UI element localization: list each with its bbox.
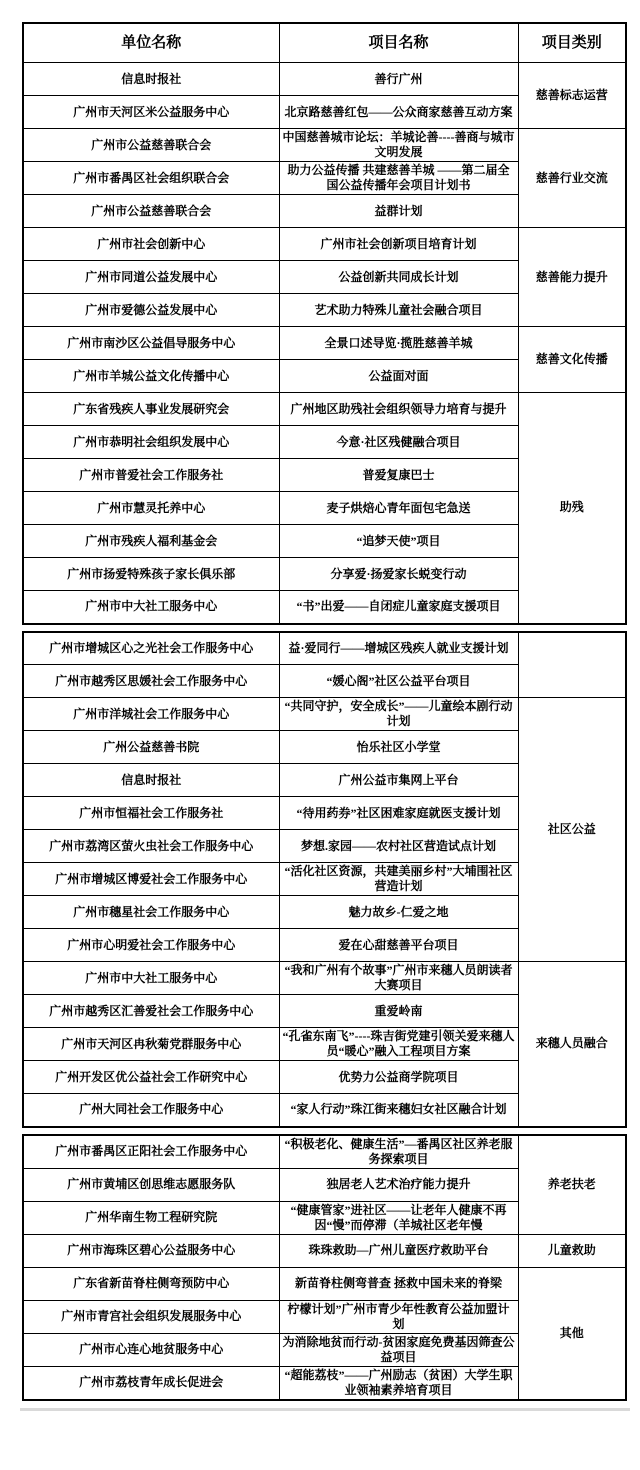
category-cell: 助残 (518, 393, 626, 624)
project-cell: 益·爱同行——增城区残疾人就业支援计划 (279, 632, 518, 665)
project-cell: 新苗脊柱侧弯普查 拯救中国未来的脊梁 (279, 1267, 518, 1300)
unit-cell: 广州市公益慈善联合会 (23, 195, 279, 228)
unit-cell: 广州开发区优公益社会工作研究中心 (23, 1061, 279, 1094)
unit-cell: 广州市残疾人福利基金会 (23, 525, 279, 558)
page-divider (20, 1408, 630, 1411)
unit-cell: 广州市穗星社会工作服务中心 (23, 896, 279, 929)
table-row: 广州市中大社工服务中心“我和广州有个故事”广州市来穗人员朗读者大赛项目来穗人员融… (23, 962, 626, 995)
project-cell: 怡乐社区小学堂 (279, 731, 518, 764)
project-table-section-2: 广州市增城区心之光社会工作服务中心益·爱同行——增城区残疾人就业支援计划广州市越… (22, 631, 627, 1128)
unit-cell: 广州市海珠区碧心公益服务中心 (23, 1234, 279, 1267)
project-cell: 中国慈善城市论坛：羊城论善----善商与城市文明发展 (279, 129, 518, 162)
project-cell: “积极老化、健康生活”—番禺区社区养老服务探索项目 (279, 1135, 518, 1169)
unit-cell: 广州市荔枝青年成长促进会 (23, 1366, 279, 1400)
project-cell: 北京路慈善红包——公众商家慈善互动方案 (279, 96, 518, 129)
project-cell: “超能荔枝”——广州励志（贫困）大学生职业领袖素养培育项目 (279, 1366, 518, 1400)
unit-cell: 广州市荔湾区萤火虫社会工作服务中心 (23, 830, 279, 863)
unit-cell: 广州市番禺区正阳社会工作服务中心 (23, 1135, 279, 1169)
unit-cell: 广州市青宫社会组织发展服务中心 (23, 1300, 279, 1333)
unit-cell: 信息时报社 (23, 764, 279, 797)
project-cell: 魅力故乡-仁爱之地 (279, 896, 518, 929)
project-cell: 为消除地贫而行动-贫困家庭免费基因筛查公益项目 (279, 1333, 518, 1366)
project-cell: 公益创新共同成长计划 (279, 261, 518, 294)
unit-cell: 广州公益慈善书院 (23, 731, 279, 764)
unit-cell: 广州市天河区冉秋菊党群服务中心 (23, 1028, 279, 1061)
unit-cell: 广州市中大社工服务中心 (23, 591, 279, 624)
project-category-header: 项目类别 (518, 23, 626, 63)
unit-cell: 广州市心明爱社会工作服务中心 (23, 929, 279, 962)
unit-cell: 广州市番禺区社会组织联合会 (23, 162, 279, 195)
project-cell: “追梦天使”项目 (279, 525, 518, 558)
unit-cell: 广州市羊城公益文化传播中心 (23, 360, 279, 393)
category-cell: 慈善能力提升 (518, 228, 626, 327)
unit-cell: 广州市恭明社会组织发展中心 (23, 426, 279, 459)
project-cell: 普爱复康巴士 (279, 459, 518, 492)
table-row: 广州市南沙区公益倡导服务中心全景口述导览·揽胜慈善羊城慈善文化传播 (23, 327, 626, 360)
project-cell: 公益面对面 (279, 360, 518, 393)
project-cell: 分享爱·扬爱家长蜕变行动 (279, 558, 518, 591)
project-cell: 独居老人艺术治疗能力提升 (279, 1168, 518, 1201)
project-cell: “我和广州有个故事”广州市来穗人员朗读者大赛项目 (279, 962, 518, 995)
project-cell: 助力公益传播 共建慈善羊城 ——第二届全国公益传播年会项目计划书 (279, 162, 518, 195)
category-cell: 养老扶老 (518, 1135, 626, 1235)
project-cell: “活化社区资源，共建美丽乡村”大埔围社区营造计划 (279, 863, 518, 896)
header-row: 单位名称项目名称项目类别 (23, 23, 626, 63)
table-row: 广州市增城区心之光社会工作服务中心益·爱同行——增城区残疾人就业支援计划 (23, 632, 626, 665)
project-cell: 柠檬计划”广州市青少年性教育公益加盟计划 (279, 1300, 518, 1333)
unit-cell: 广州市爱德公益发展中心 (23, 294, 279, 327)
project-cell: 爱在心甜慈善平台项目 (279, 929, 518, 962)
unit-cell: 广东省残疾人事业发展研究会 (23, 393, 279, 426)
project-cell: 麦子烘焙心青年面包宅急送 (279, 492, 518, 525)
unit-cell: 广州市越秀区思媛社会工作服务中心 (23, 665, 279, 698)
project-cell: “家人行动”珠江街来穗妇女社区融合计划 (279, 1094, 518, 1127)
unit-cell: 广州市黄埔区创思维志愿服务队 (23, 1168, 279, 1201)
unit-cell: 广州市天河区米公益服务中心 (23, 96, 279, 129)
unit-cell: 广州市心连心地贫服务中心 (23, 1333, 279, 1366)
unit-cell: 广州市增城区博爱社会工作服务中心 (23, 863, 279, 896)
project-cell: 珠珠救助—广州儿童医疗救助平台 (279, 1234, 518, 1267)
project-cell: 全景口述导览·揽胜慈善羊城 (279, 327, 518, 360)
table-row: 广州市洋城社会工作服务中心“共同守护，安全成长”——儿童绘本剧行动计划社区公益 (23, 698, 626, 731)
category-cell: 慈善文化传播 (518, 327, 626, 393)
unit-cell: 广州市社会创新中心 (23, 228, 279, 261)
project-cell: “共同守护，安全成长”——儿童绘本剧行动计划 (279, 698, 518, 731)
project-cell: “孔雀东南飞”----珠吉街党建引领关爱来穗人员“暖心”融入工程项目方案 (279, 1028, 518, 1061)
project-cell: 优势力公益商学院项目 (279, 1061, 518, 1094)
project-table-section-1: 单位名称项目名称项目类别信息时报社善行广州慈善标志运营广州市天河区米公益服务中心… (22, 22, 627, 625)
unit-cell: 广州大同社会工作服务中心 (23, 1094, 279, 1127)
unit-cell: 广州市扬爱特殊孩子家长俱乐部 (23, 558, 279, 591)
project-cell: 艺术助力特殊儿童社会融合项目 (279, 294, 518, 327)
project-cell: 善行广州 (279, 63, 518, 96)
unit-cell: 广州市越秀区汇善爱社会工作服务中心 (23, 995, 279, 1028)
unit-cell: 广州市恒福社会工作服务社 (23, 797, 279, 830)
project-cell: 益群计划 (279, 195, 518, 228)
unit-cell: 广东省新苗脊柱侧弯预防中心 (23, 1267, 279, 1300)
page: 单位名称项目名称项目类别信息时报社善行广州慈善标志运营广州市天河区米公益服务中心… (0, 0, 640, 1470)
project-cell: 今意·社区残健融合项目 (279, 426, 518, 459)
category-cell: 其他 (518, 1267, 626, 1400)
project-cell: 梦想.家园——农村社区营造试点计划 (279, 830, 518, 863)
table-row: 广东省残疾人事业发展研究会广州地区助残社会组织领导力培育与提升助残 (23, 393, 626, 426)
table-row: 广州市番禺区正阳社会工作服务中心“积极老化、健康生活”—番禺区社区养老服务探索项… (23, 1135, 626, 1169)
category-cell (518, 632, 626, 698)
category-cell: 来穗人员融合 (518, 962, 626, 1127)
project-cell: 广州公益市集网上平台 (279, 764, 518, 797)
unit-cell: 广州华南生物工程研究院 (23, 1201, 279, 1234)
project-cell: 广州市社会创新项目培育计划 (279, 228, 518, 261)
project-cell: “健康管家”进社区——让老年人健康不再因“慢”而停滞（羊城社区老年慢 (279, 1201, 518, 1234)
project-name-header: 项目名称 (279, 23, 518, 63)
unit-cell: 广州市增城区心之光社会工作服务中心 (23, 632, 279, 665)
table-row: 信息时报社善行广州慈善标志运营 (23, 63, 626, 96)
unit-cell: 广州市南沙区公益倡导服务中心 (23, 327, 279, 360)
unit-cell: 广州市中大社工服务中心 (23, 962, 279, 995)
category-cell: 慈善行业交流 (518, 129, 626, 228)
category-cell: 社区公益 (518, 698, 626, 962)
unit-cell: 广州市同道公益发展中心 (23, 261, 279, 294)
category-cell: 儿童救助 (518, 1234, 626, 1267)
project-cell: 广州地区助残社会组织领导力培育与提升 (279, 393, 518, 426)
table-row: 广州市公益慈善联合会中国慈善城市论坛：羊城论善----善商与城市文明发展慈善行业… (23, 129, 626, 162)
unit-cell: 广州市洋城社会工作服务中心 (23, 698, 279, 731)
project-cell: “书”出爱——自闭症儿童家庭支援项目 (279, 591, 518, 624)
unit-cell: 广州市普爱社会工作服务社 (23, 459, 279, 492)
table-row: 广州市海珠区碧心公益服务中心珠珠救助—广州儿童医疗救助平台儿童救助 (23, 1234, 626, 1267)
unit-cell: 广州市慧灵托养中心 (23, 492, 279, 525)
unit-cell: 广州市公益慈善联合会 (23, 129, 279, 162)
project-cell: “媛心阁”社区公益平台项目 (279, 665, 518, 698)
table-row: 广州市社会创新中心广州市社会创新项目培育计划慈善能力提升 (23, 228, 626, 261)
unit-cell: 信息时报社 (23, 63, 279, 96)
table-row: 广东省新苗脊柱侧弯预防中心新苗脊柱侧弯普查 拯救中国未来的脊梁其他 (23, 1267, 626, 1300)
project-table-section-3: 广州市番禺区正阳社会工作服务中心“积极老化、健康生活”—番禺区社区养老服务探索项… (22, 1134, 627, 1401)
unit-name-header: 单位名称 (23, 23, 279, 63)
project-cell: 重爱岭南 (279, 995, 518, 1028)
category-cell: 慈善标志运营 (518, 63, 626, 129)
project-cell: “待用药券”社区困难家庭就医支援计划 (279, 797, 518, 830)
table-stack: 单位名称项目名称项目类别信息时报社善行广州慈善标志运营广州市天河区米公益服务中心… (22, 22, 627, 1407)
